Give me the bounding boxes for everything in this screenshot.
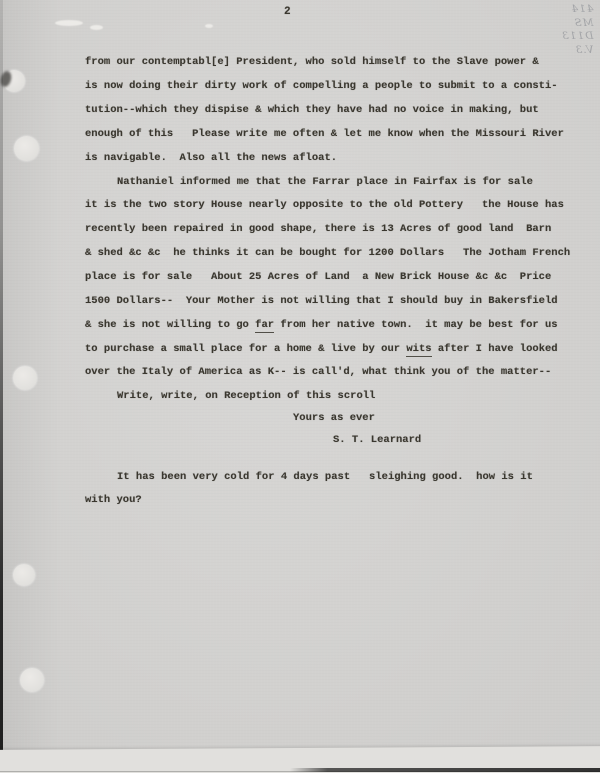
underlined-word: far — [255, 319, 274, 333]
letter-text: place is for sale About 25 Acres of Land… — [85, 271, 551, 283]
letter-line: It has been very cold for 4 days past sl… — [117, 470, 533, 484]
paper-scuff — [90, 25, 103, 30]
letter-line: Write, write, on Reception of this scrol… — [117, 389, 375, 403]
page-number: 2 — [284, 6, 291, 18]
scan-bottom-shadow — [290, 768, 600, 772]
corner-annotation-line: V.3 — [561, 44, 593, 58]
letter-line: & she is not willing to go far from her … — [85, 318, 558, 332]
paper-scuff — [205, 24, 213, 28]
scanned-letter-page: 2 414MSD113V.3 from our contemptabl[e] P… — [0, 0, 600, 773]
letter-line: to purchase a small place for a home & l… — [85, 342, 558, 356]
letter-text: is navigable. Also all the news afloat. — [85, 152, 337, 164]
letter-line: enough of this Please write me often & l… — [85, 127, 564, 141]
corner-annotation-line: 414 — [561, 3, 593, 17]
punch-hole — [13, 366, 37, 390]
letter-line: it is the two story House nearly opposit… — [85, 198, 564, 212]
letter-text: 1500 Dollars-- Your Mother is not willin… — [85, 295, 558, 307]
punch-hole — [13, 564, 35, 586]
letter-text: is now doing their dirty work of compell… — [85, 80, 558, 92]
paper-scuff — [55, 20, 83, 26]
letter-line: & shed &c &c he thinks it can be bought … — [85, 246, 570, 260]
letter-text: & she is not willing to go — [85, 319, 255, 331]
corner-annotation: 414MSD113V.3 — [561, 3, 593, 57]
letter-text: It has been very cold for 4 days past sl… — [117, 471, 533, 483]
letter-text: recently been repaired in good shape, th… — [85, 223, 551, 235]
letter-line: over the Italy of America as K-- is call… — [85, 365, 551, 379]
letter-line: S. T. Learnard — [333, 433, 421, 447]
letter-text: over the Italy of America as K-- is call… — [85, 366, 551, 378]
letter-line: tution--which they dispise & which they … — [85, 103, 539, 117]
letter-line: place is for sale About 25 Acres of Land… — [85, 270, 551, 284]
punch-hole — [20, 668, 44, 692]
letter-line: with you? — [85, 493, 142, 507]
punch-hole — [14, 136, 39, 161]
letter-line: recently been repaired in good shape, th… — [85, 222, 551, 236]
page-edge-shadow — [0, 0, 3, 773]
letter-text: after I have looked — [432, 343, 558, 355]
letter-line: 1500 Dollars-- Your Mother is not willin… — [85, 294, 558, 308]
letter-text: from our contemptabl[e] President, who s… — [85, 56, 539, 68]
underlined-word: wits — [406, 343, 431, 357]
letter-text: & shed &c &c he thinks it can be bought … — [85, 247, 570, 259]
letter-text: tution--which they dispise & which they … — [85, 104, 539, 116]
letter-text: it is the two story House nearly opposit… — [85, 199, 564, 211]
letter-text: S. T. Learnard — [333, 434, 421, 446]
corner-annotation-line: MS — [561, 17, 593, 31]
letter-text: enough of this Please write me often & l… — [85, 128, 564, 140]
letter-line: Nathaniel informed me that the Farrar pl… — [117, 175, 533, 189]
letter-text: to purchase a small place for a home & l… — [85, 343, 406, 355]
letter-line: Yours as ever — [293, 411, 375, 425]
letter-line: is navigable. Also all the news afloat. — [85, 151, 337, 165]
letter-text: Write, write, on Reception of this scrol… — [117, 390, 375, 402]
letter-text: from her native town. it may be best for… — [274, 319, 558, 331]
corner-annotation-line: D113 — [561, 30, 593, 44]
letter-line: is now doing their dirty work of compell… — [85, 79, 558, 93]
letter-text: Yours as ever — [293, 412, 375, 424]
letter-text: Nathaniel informed me that the Farrar pl… — [117, 176, 533, 188]
letter-text: with you? — [85, 494, 142, 506]
letter-line: from our contemptabl[e] President, who s… — [85, 55, 539, 69]
